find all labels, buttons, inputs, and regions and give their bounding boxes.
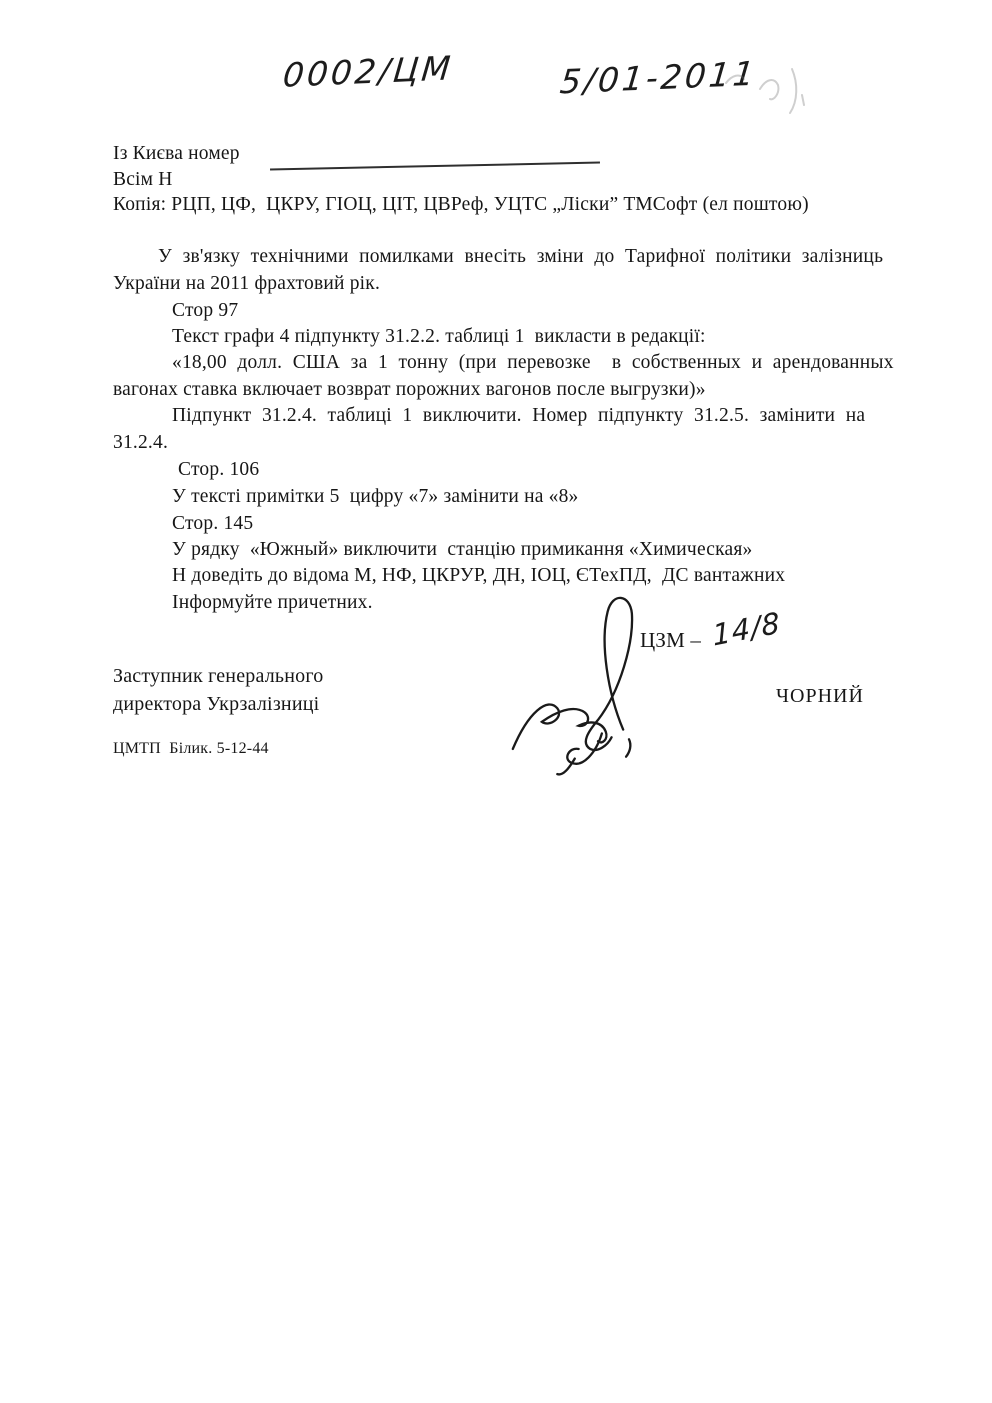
blank-number-line	[270, 162, 600, 171]
body-line: 31.2.4.	[113, 431, 168, 455]
reference-code-typed: ЦЗМ –	[640, 628, 701, 652]
origin-label: Із Києва номер	[113, 142, 240, 166]
reference-code-handwritten: 14/8	[711, 605, 782, 652]
body-line: У зв'язку технічними помилками внесіть з…	[158, 245, 883, 269]
signer-title-line1: Заступник генерального	[113, 664, 323, 688]
copies-line: Копія: РЦП, ЦФ, ЦКРУ, ГІОЦ, ЦІТ, ЦВРеф, …	[113, 193, 809, 217]
body-line: У рядку «Южный» виключити станцію примик…	[172, 538, 753, 562]
body-line: Стор 97	[172, 299, 238, 323]
signature-scrawl	[505, 596, 660, 778]
body-line: Текст графи 4 підпункту 31.2.2. таблиці …	[172, 325, 706, 349]
body-line: Інформуйте причетних.	[172, 591, 373, 615]
signer-title-line2: директора Укрзалізниці	[113, 692, 319, 716]
body-line: вагонах ставка включает возврат порожних…	[113, 378, 706, 402]
faint-pen-marks	[720, 55, 810, 125]
body-line: «18,00 долл. США за 1 тонну (при перевоз…	[172, 351, 894, 375]
signer-name: ЧОРНИЙ	[776, 684, 864, 708]
body-line: Н доведіть до відома М, НФ, ЦКРУР, ДН, І…	[172, 564, 785, 588]
body-line: Підпункт 31.2.4. таблиці 1 виключити. Но…	[172, 404, 865, 428]
body-line: У тексті примітки 5 цифру «7» замінити н…	[172, 485, 578, 509]
body-line: Стор. 145	[172, 512, 253, 536]
scanned-letter-page: 0002/ЦМ 5/01-2011 Із Києва номер Всім Н …	[0, 0, 992, 1403]
body-line: України на 2011 фрахтовий рік.	[113, 272, 380, 296]
executor-note: ЦМТП Білик. 5-12-44	[113, 737, 269, 761]
handwritten-registration-number: 0002/ЦМ	[281, 48, 455, 95]
body-line: Стор. 106	[178, 458, 259, 482]
addressee-line: Всім Н	[113, 168, 173, 192]
